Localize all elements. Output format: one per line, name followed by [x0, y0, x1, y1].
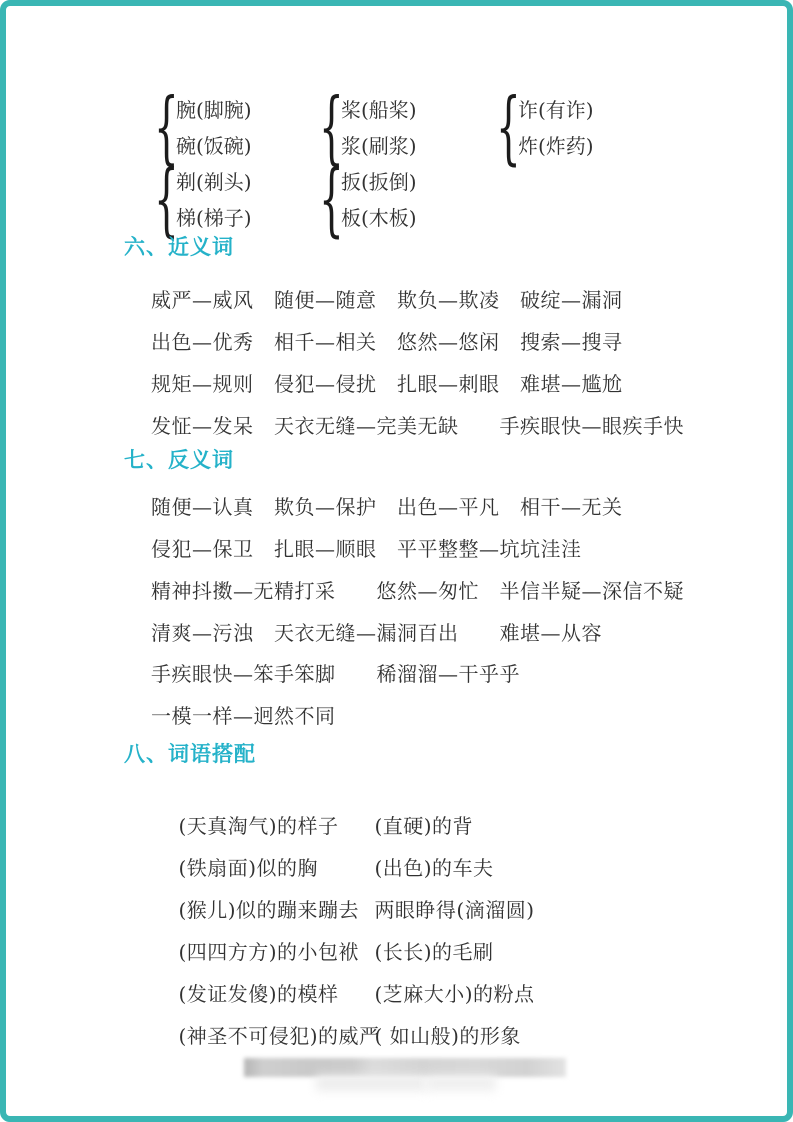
- synonym-row: 出色—优秀 相千—相关 悠然—悠闲 搜索—搜寻: [151, 329, 623, 355]
- pair-bottom: 浆(刷浆): [341, 128, 417, 164]
- collocation-right: ( 如山般)的形象: [374, 1024, 520, 1048]
- pair-top: 剃(剃头): [176, 164, 252, 200]
- antonym-row: 随便—认真 欺负—保护 出色—平凡 相干—无关: [151, 494, 623, 520]
- section-heading-antonyms: 七、反义词: [124, 448, 234, 472]
- left-brace-icon: {: [319, 163, 330, 236]
- char-pair-group: { 扳(扳倒) 板(木板): [319, 164, 417, 236]
- watermark-smudge: [316, 1075, 426, 1091]
- pair-bottom: 碗(饭碗): [176, 128, 252, 164]
- worksheet-page: { 腕(脚腕) 碗(饭碗) { 桨(船桨) 浆(刷浆) { 诈(有诈) 炸(炸药…: [0, 0, 793, 1122]
- section-heading-synonyms: 六、近义词: [124, 235, 234, 259]
- pair-top: 桨(船桨): [341, 92, 417, 128]
- synonym-row: 规矩—规则 侵犯—侵扰 扎眼—刺眼 难堪—尴尬: [151, 371, 623, 397]
- antonym-row: 手疾眼快—笨手笨脚 稀溜溜—干乎乎: [151, 661, 520, 687]
- left-brace-icon: {: [154, 163, 165, 236]
- char-pair-group: { 剃(剃头) 梯(梯子): [154, 164, 252, 236]
- collocation-left: (神圣不可侵犯)的威严: [178, 1023, 374, 1049]
- antonym-row: 侵犯—保卫 扎眼—顺眼 平平整整—坑坑洼洼: [151, 536, 582, 562]
- char-pair-group: { 诈(有诈) 炸(炸药): [496, 92, 594, 164]
- pair-bottom: 梯(梯子): [176, 200, 252, 236]
- left-brace-icon: {: [496, 91, 507, 164]
- antonym-row: 一模一样—迥然不同: [151, 703, 336, 729]
- pair-top: 腕(脚腕): [176, 92, 252, 128]
- antonym-row: 清爽—污浊 天衣无缝—漏洞百出 难堪—从容: [151, 620, 602, 646]
- watermark-smudge: [426, 1075, 496, 1091]
- pair-top: 诈(有诈): [518, 92, 594, 128]
- antonym-row: 精神抖擞—无精打采 悠然—匆忙 半信半疑—深信不疑: [151, 578, 684, 604]
- section-heading-collocations: 八、词语搭配: [124, 742, 256, 766]
- pair-bottom: 板(木板): [341, 200, 417, 236]
- pair-top: 扳(扳倒): [341, 164, 417, 200]
- synonym-row: 威严—威风 随便—随意 欺负—欺凌 破绽—漏洞: [151, 287, 623, 313]
- synonym-row: 发怔—发呆 天衣无缝—完美无缺 手疾眼快—眼疾手快: [151, 413, 684, 439]
- pair-bottom: 炸(炸药): [518, 128, 594, 164]
